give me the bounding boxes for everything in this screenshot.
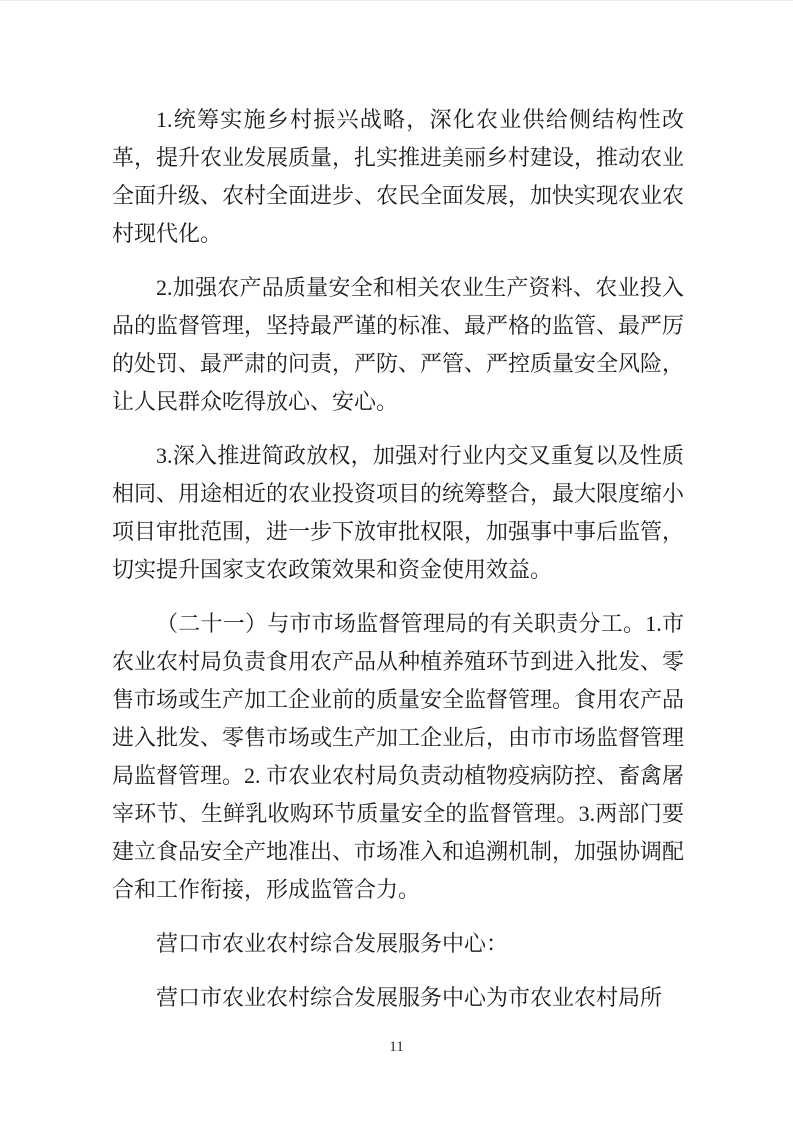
paragraph-item-3: 3.深入推进简政放权，加强对行业内交叉重复以及性质相同、用途相近的农业投资项目的… — [112, 437, 684, 589]
paragraph-service-center-heading: 营口市农业农村综合发展服务中心： — [112, 925, 684, 963]
paragraph-duties-division: （二十一）与市市场监督管理局的有关职责分工。1.市农业农村局负责食用农产品从种植… — [112, 605, 684, 909]
paragraph-item-2: 2.加强农产品质量安全和相关农业生产资料、农业投入品的监督管理，坚持最严谨的标准… — [112, 269, 684, 421]
paragraph-item-1: 1.统筹实施乡村振兴战略，深化农业供给侧结构性改革，提升农业发展质量，扎实推进美… — [112, 101, 684, 253]
page-body: 1.统筹实施乡村振兴战略，深化农业供给侧结构性改革，提升农业发展质量，扎实推进美… — [112, 101, 684, 1033]
page-number: 11 — [0, 1039, 793, 1056]
paragraph-service-center-body: 营口市农业农村综合发展服务中心为市农业农村局所 — [112, 979, 684, 1017]
document-page: 1.统筹实施乡村振兴战略，深化农业供给侧结构性改革，提升农业发展质量，扎实推进美… — [0, 0, 793, 1122]
